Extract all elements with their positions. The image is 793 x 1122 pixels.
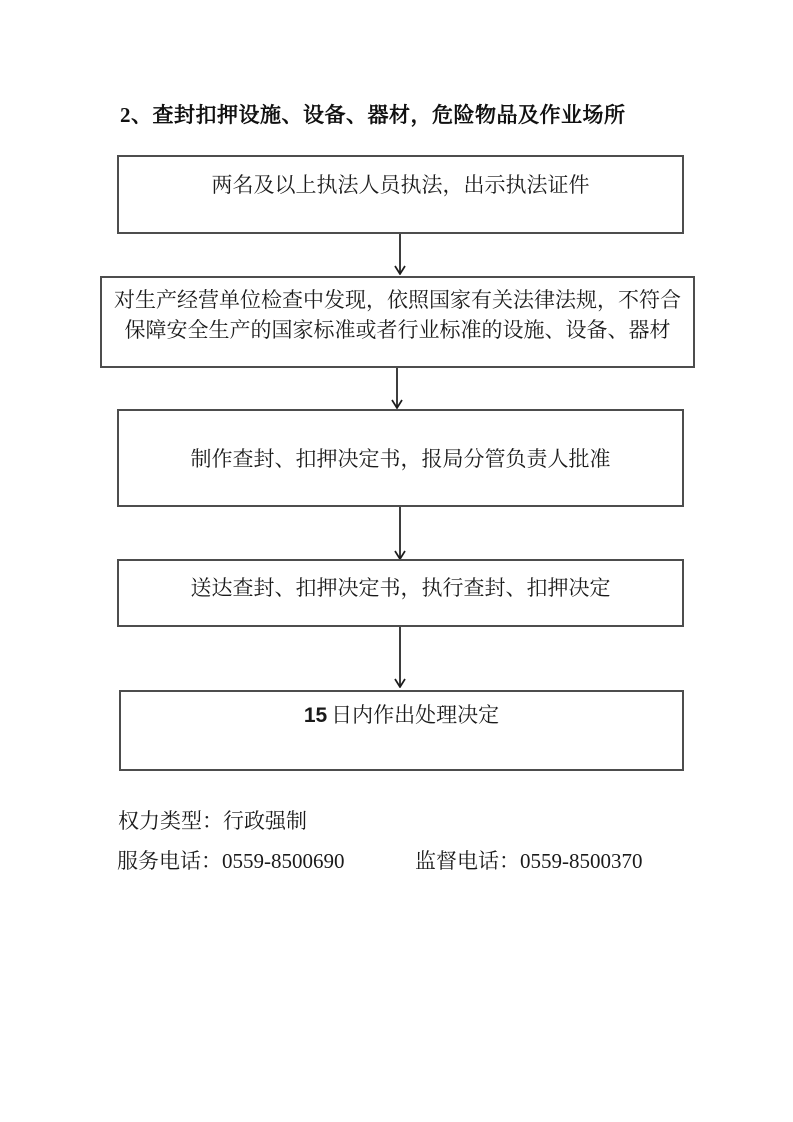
supervision-phone-line: 监督电话：0559-8500370 (415, 846, 643, 876)
down-arrow-connector-4 (393, 627, 407, 688)
flow-step-text: 对生产经营单位检查中发现，依照国家有关法律法规，不符合保障安全生产的国家标准或者… (114, 288, 681, 342)
flow-step-text: 两名及以上执法人员执法，出示执法证件 (212, 173, 590, 197)
flow-step-text: 送达查封、扣押决定书，执行查封、扣押决定 (191, 576, 611, 600)
flow-step-text: 制作查封、扣押决定书，报局分管负责人批准 (191, 447, 611, 471)
flow-step-law-enforcement-officers: 两名及以上执法人员执法，出示执法证件 (117, 155, 684, 234)
power-type-line: 权力类型：行政强制 (118, 806, 307, 836)
service-phone-line: 服务电话：0559-8500690 (117, 846, 345, 876)
page-title: 2、查封扣押设施、设备、器材，危险物品及作业场所 (120, 100, 740, 130)
flow-step-make-decision-document: 制作查封、扣押决定书，报局分管负责人批准 (117, 409, 684, 507)
flow-step-final-decision-15-days: 15日内作出处理决定 (119, 690, 684, 771)
down-arrow-connector-2 (390, 368, 404, 409)
flow-step-deliver-and-execute: 送达查封、扣押决定书，执行查封、扣押决定 (117, 559, 684, 627)
flow-step-inspection-finding: 对生产经营单位检查中发现，依照国家有关法律法规，不符合保障安全生产的国家标准或者… (100, 276, 695, 368)
document-page: 2、查封扣押设施、设备、器材，危险物品及作业场所 两名及以上执法人员执法，出示执… (0, 0, 793, 1122)
down-arrow-connector-1 (393, 234, 407, 275)
flow-step-number: 15 (304, 704, 327, 727)
down-arrow-connector-3 (393, 507, 407, 560)
flow-step-text: 日内作出处理决定 (331, 703, 499, 727)
